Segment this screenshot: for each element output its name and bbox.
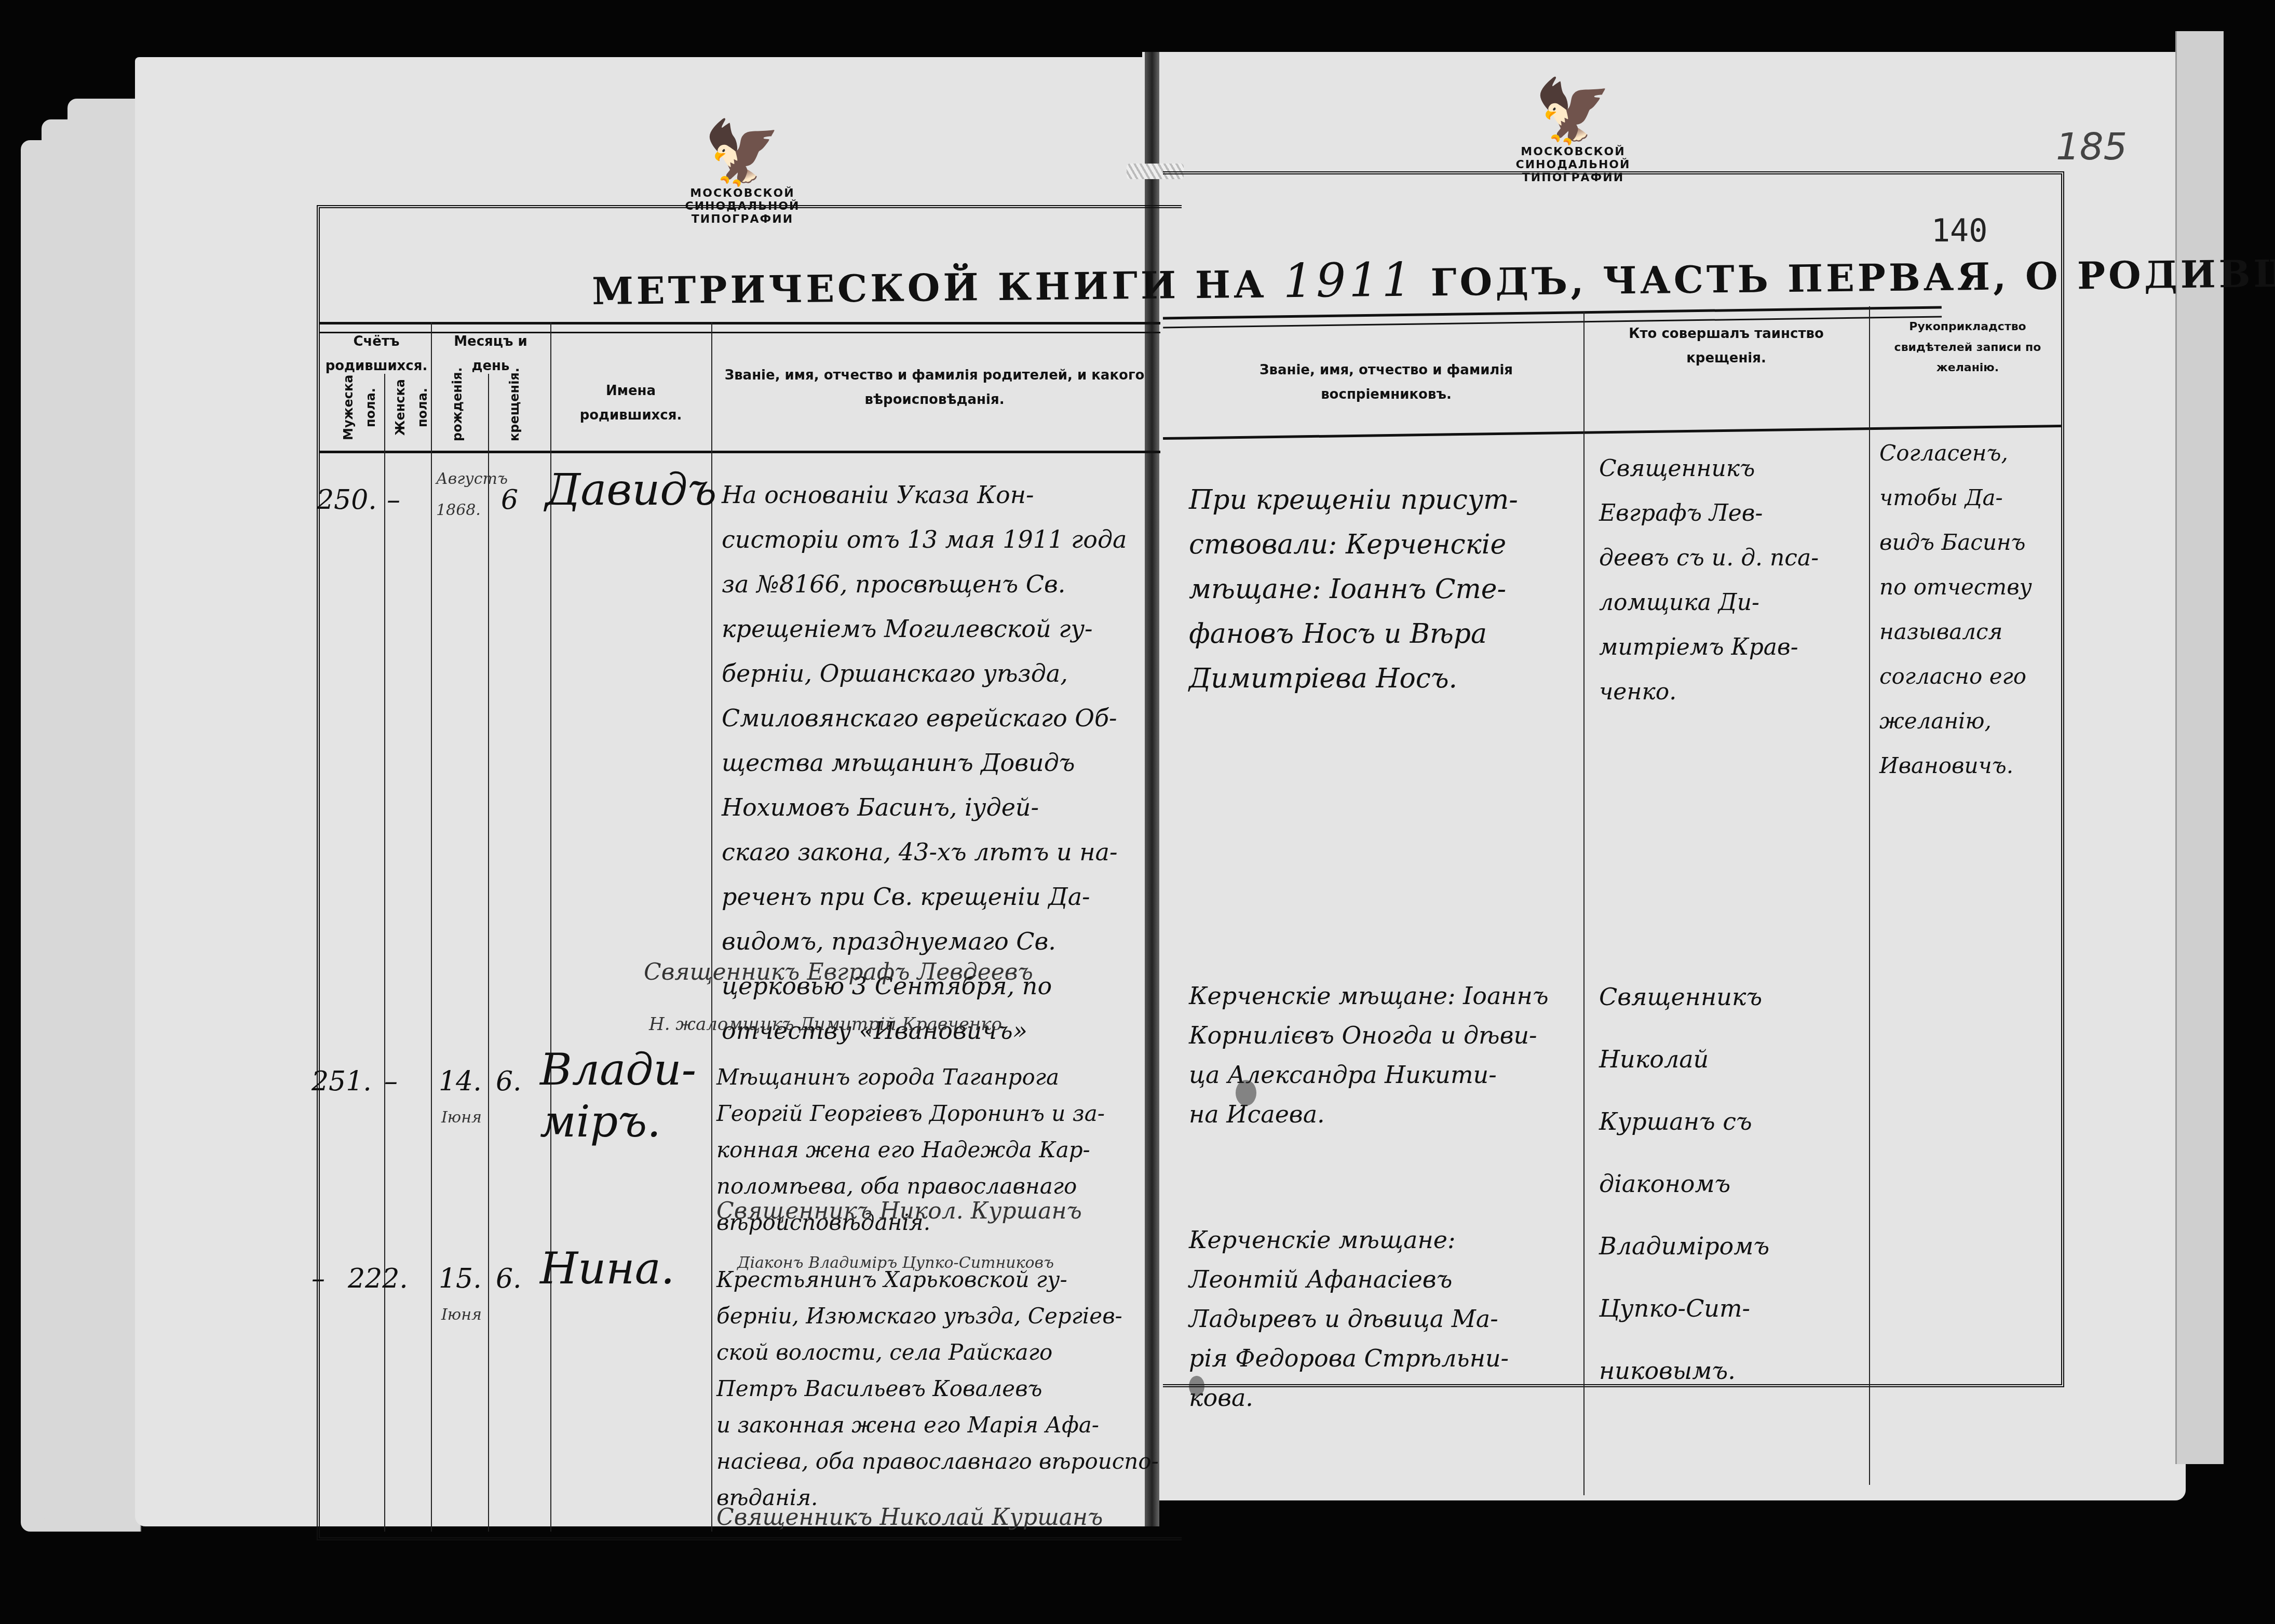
entry-child-name: Влади- міръ. [540, 1044, 696, 1147]
entry-number-male: – [312, 1256, 325, 1301]
header-count-group: Счётъ родившихся. [324, 330, 428, 378]
printer-ribbon: МОСКОВСКОЙ СИНОДАЛЬНОЙ ТИПОГРАФИИ [1495, 145, 1651, 184]
entry-witnesses: Согласенъ, чтобы Да- видъ Басинъ по отче… [1879, 431, 2032, 788]
entry-baptism-day: 6. [496, 1256, 522, 1301]
title-right: ГОДЪ, ЧАСТЬ ПЕРВАЯ, О РОДИВШИХСЯ. [1430, 249, 2275, 304]
page-number: 140 [1931, 213, 1987, 249]
entry-parents: Крестьянинъ Харьковской гу- берніи, Изюм… [716, 1262, 1159, 1516]
entry-baptism-day: 6. [496, 1059, 522, 1104]
printer-ribbon: МОСКОВСКОЙ СИНОДАЛЬНОЙ ТИПОГРАФИИ [665, 187, 820, 226]
right-page-edges [2175, 31, 2224, 1464]
entry-officiant: Священникъ Евграфъ Лев- деевъ съ и. д. п… [1599, 446, 1819, 714]
imperial-eagle-emblem-left: 🦅 МОСКОВСКОЙ СИНОДАЛЬНОЙ ТИПОГРАФИИ [665, 119, 820, 223]
ink-blot [1236, 1080, 1256, 1106]
header-date-baptism: крещенія. [504, 374, 526, 441]
ink-blot [1189, 1376, 1204, 1397]
column-divider [488, 374, 489, 1532]
entry-child-name: Давидъ [545, 467, 717, 512]
column-divider [1869, 306, 1870, 1485]
header-count-male: Мужеска пола. [337, 374, 382, 441]
entry-record-signature: Священникъ Николай Куршанъ [716, 1495, 1103, 1540]
header-bottom-rule [319, 451, 1160, 453]
entry-child-name: Нина. [540, 1246, 674, 1291]
column-divider [1583, 312, 1585, 1495]
header-date-birth: рожденія. [446, 374, 469, 441]
column-divider [384, 374, 385, 1532]
header-godparents: Званіе, имя, отчество и фамилія воспріем… [1194, 358, 1578, 407]
header-witnesses: Рукоприкладство свидѣтелей записи по жел… [1874, 317, 2061, 378]
header-names: Имена родившихся. [553, 379, 709, 428]
entry-birth-month: Іюня [441, 1095, 482, 1140]
header-parents: Званіе, имя, отчество и фамилія родителе… [716, 363, 1153, 412]
entry-number-female: – [384, 1059, 398, 1104]
entry-birth-day: 1868. [436, 488, 481, 533]
entry-officiant: Священникъ Николай Куршанъ съ діакономъ … [1599, 966, 1769, 1402]
header-count-female: Женска пола. [389, 374, 434, 441]
entry-number-female: – [387, 478, 400, 522]
double-headed-eagle-icon: 🦅 [665, 119, 820, 187]
double-headed-eagle-icon: 🦅 [1495, 78, 1651, 145]
title-year: 1911 [1283, 252, 1415, 308]
column-divider [431, 322, 432, 1532]
entry-godparents: При крещеніи присут- ствовали: Керченскі… [1189, 478, 1518, 701]
entry-birth-month: Іюня [441, 1293, 482, 1337]
entry-record-signature: Священникъ Никол. Куршанъ [716, 1189, 1082, 1234]
entry-number-male: 251. [312, 1059, 372, 1104]
entry-godparents: Керченскіе мѣщане: Леонтій Афанасіевъ Ла… [1189, 1220, 1509, 1417]
title-left: МЕТРИЧЕСКОЙ КНИГИ НА [592, 262, 1267, 313]
imperial-eagle-emblem-right: 🦅 МОСКОВСКОЙ СИНОДАЛЬНОЙ ТИПОГРАФИИ [1495, 78, 1651, 182]
header-officiant: Кто совершалъ таинство крещенія. [1589, 322, 1864, 371]
entry-godparents: Керченскіе мѣщане: Іоаннъ Корнилієвъ Оно… [1189, 976, 1549, 1134]
entry-number-male: 250. [317, 478, 377, 522]
entry-number-female: 222. [348, 1256, 408, 1301]
entry-record-signature-2: Н. жаломщикъ Димитрій Кравченко [649, 1002, 1002, 1047]
archive-folio-number: 185 [2056, 125, 2127, 168]
entry-baptism-day: 6 [501, 478, 518, 522]
entry-record-signature: Священникъ Евграфъ Левдеевъ [644, 950, 1033, 995]
